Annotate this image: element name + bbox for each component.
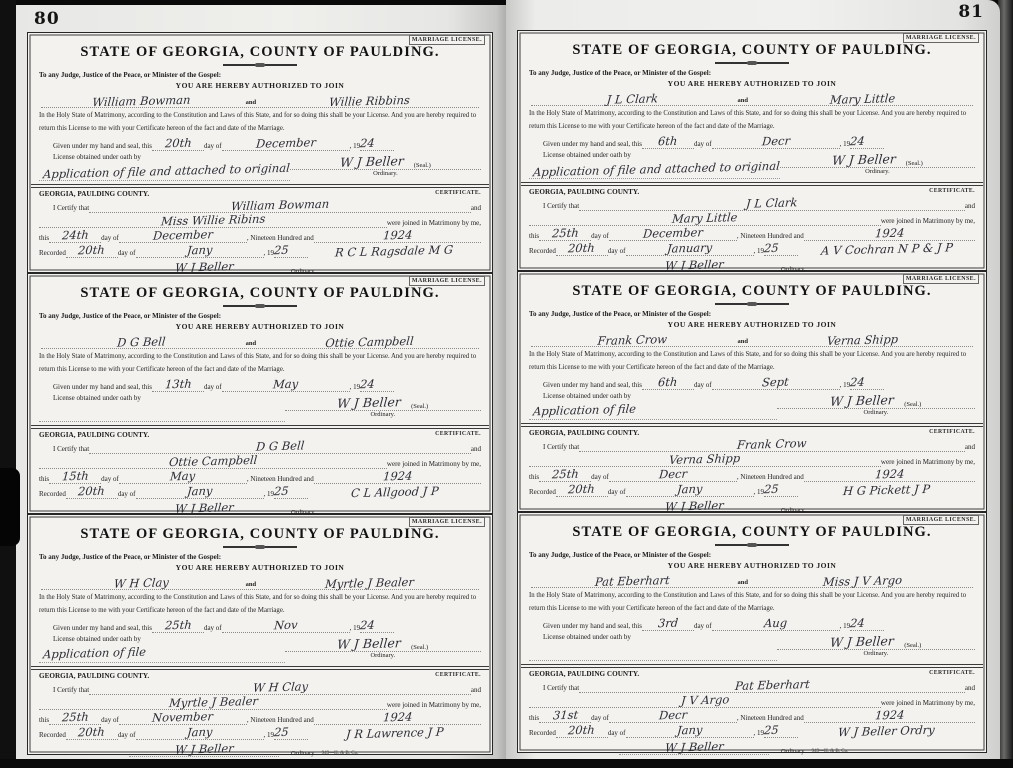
given-day: 6th: [642, 377, 694, 390]
given-month-value: May: [273, 379, 299, 391]
scanner-edge-right: [998, 0, 1013, 768]
ordinary-signature-column: W J Beller (Seal.) Ordinary.: [285, 635, 481, 663]
day-of-label: day of: [694, 140, 712, 149]
oath-label: License obtained under oath by: [53, 153, 290, 161]
this-label: this: [529, 473, 539, 482]
married-day-value: 25th: [551, 469, 579, 481]
certificate-ordinary-label: Ordinary.: [769, 748, 812, 755]
certify-groom-value: D G Bell: [255, 440, 304, 453]
given-month-value: Sept: [762, 377, 790, 389]
married-day-value: 15th: [61, 471, 89, 483]
certify-groom-value: W H Clay: [252, 681, 308, 694]
title-divider: [223, 64, 297, 68]
bride-name: Mary Little: [752, 91, 974, 108]
ordinary-signature-column: W J Beller (Seal.) Ordinary.: [777, 392, 975, 420]
given-month: Aug: [712, 618, 840, 631]
married-month-value: November: [152, 711, 214, 724]
authorize-line: YOU ARE HEREBY AUTHORIZED TO JOIN: [529, 561, 975, 570]
married-month-value: Decr: [658, 710, 687, 722]
marriage-license-label: MARRIAGE LICENSE.: [903, 33, 979, 43]
certify-bride-slot: Mary Little: [529, 213, 881, 226]
day-of-label: day of: [204, 142, 222, 151]
given-line: Given under my hand and seal, this 3rd d…: [543, 618, 975, 631]
seal-label: (Seal.): [404, 162, 431, 169]
certify-and-label: and: [471, 686, 481, 695]
certify-prefix: I Certify that: [543, 202, 579, 211]
certificate-divider: [521, 423, 983, 427]
scanner-edge-left: [0, 0, 16, 768]
ordinary-signature-column: W J Beller (Seal.) Ordinary.: [780, 151, 975, 179]
names-line: Pat Eberhart and Miss J V Argo: [531, 570, 973, 588]
title-divider: [715, 544, 789, 548]
certificate-divider: [521, 664, 983, 668]
recorded-year: 25: [764, 243, 798, 256]
ordinary-signature: W J Beller: [337, 637, 402, 651]
recorded-year: 25: [764, 484, 798, 497]
certify-bride-slot: J V Argo: [529, 695, 881, 708]
married-day-of-label: day of: [101, 234, 119, 243]
given-day: 6th: [642, 136, 694, 149]
given-month-value: Decr: [761, 136, 790, 148]
oath-column: License obtained under oath by Applicati…: [39, 153, 290, 181]
title-divider: [715, 303, 789, 307]
married-month-value: December: [642, 227, 703, 240]
salutation-line: To any Judge, Justice of the Peace, or M…: [529, 551, 975, 559]
groom-name: William Bowman: [41, 93, 242, 110]
marriage-license-label: MARRIAGE LICENSE.: [409, 517, 485, 527]
certify-groom-slot: D G Bell: [89, 441, 471, 454]
certify-prefix: I Certify that: [53, 204, 89, 213]
recorded-year-value: 25: [274, 727, 290, 739]
ordinary-label: Ordinary.: [285, 652, 481, 659]
given-month-value: Aug: [764, 618, 788, 630]
and-label: and: [242, 99, 260, 107]
married-month: December: [119, 230, 247, 243]
joined-label: were joined in Matrimony by me,: [881, 458, 975, 467]
certificate-ordinary-row: W J Beller Ordinary. 949—H. & B. Co.: [39, 740, 481, 757]
certify-bride-line: Miss Willie Ribins were joined in Matrim…: [39, 213, 481, 228]
title-divider: [715, 62, 789, 66]
recorded-year: 25: [274, 727, 308, 740]
recorded-day: 20th: [66, 245, 118, 258]
given-day: 3rd: [642, 618, 694, 631]
marriage-date-line: this 24th day of December , Nineteen Hun…: [39, 228, 481, 243]
given-day-value: 6th: [658, 136, 678, 148]
printer-mark: 949—H. & B. Co.: [322, 751, 359, 757]
certify-groom-value: Frank Crow: [737, 438, 807, 451]
married-day: 24th: [49, 230, 101, 243]
recorded-day-of-label: day of: [608, 488, 626, 497]
certificate-divider: [31, 425, 489, 429]
and-label: and: [734, 97, 752, 105]
given-line: Given under my hand and seal, this 6th d…: [543, 377, 975, 390]
salutation-line: To any Judge, Justice of the Peace, or M…: [39, 553, 481, 561]
groom-name: J L Clark: [531, 91, 734, 108]
certify-bride-line: Myrtle J Bealer were joined in Matrimony…: [39, 695, 481, 710]
recorded-label: Recorded: [39, 731, 66, 740]
given-month: Sept: [712, 377, 840, 390]
and-label: and: [242, 581, 260, 589]
authorize-line: YOU ARE HEREBY AUTHORIZED TO JOIN: [39, 322, 481, 331]
recorded-line: Recorded 20th day of Jany , 19 25 H G Pi…: [529, 482, 975, 497]
married-day-value: 25th: [551, 228, 579, 240]
title-divider: [223, 305, 297, 309]
oath-signature-row: License obtained under oath by Applicati…: [529, 392, 975, 420]
certificate-heading-row: GEORGIA, PAULDING COUNTY. CERTIFICATE.: [39, 672, 481, 680]
recorded-label: Recorded: [529, 488, 556, 497]
joined-label: were joined in Matrimony by me,: [387, 701, 481, 710]
oath-value: Application of file and attached to orig…: [533, 160, 781, 178]
given-year: 24: [360, 138, 394, 151]
groom-name: Pat Eberhart: [531, 573, 734, 590]
recorded-year-prefix: , 19: [264, 490, 275, 499]
married-month: May: [119, 471, 247, 484]
authorize-line: YOU ARE HEREBY AUTHORIZED TO JOIN: [529, 320, 975, 329]
salutation-line: To any Judge, Justice of the Peace, or M…: [39, 71, 481, 79]
ordinary-label: Ordinary.: [290, 170, 481, 177]
county-heading: GEORGIA, PAULDING COUNTY.: [529, 429, 639, 437]
married-day: 25th: [49, 712, 101, 725]
ordinary-signature-column: W J Beller (Seal.) Ordinary.: [285, 394, 481, 422]
oath-column: License obtained under oath by Applicati…: [529, 392, 777, 420]
married-day-of-label: day of: [101, 475, 119, 484]
married-year-value: 1924: [874, 710, 904, 722]
recorded-line: Recorded 20th day of January , 19 25 A V…: [529, 241, 975, 256]
recorded-day-value: 20th: [78, 727, 106, 739]
given-prefix: Given under my hand and seal, this: [53, 142, 152, 151]
county-heading: GEORGIA, PAULDING COUNTY.: [529, 188, 639, 196]
given-line: Given under my hand and seal, this 6th d…: [543, 136, 975, 149]
oath-column: License obtained under oath by: [39, 394, 285, 422]
oath-text: Application of file: [39, 644, 285, 663]
certify-and-label: and: [965, 443, 975, 452]
given-day-value: 3rd: [657, 618, 678, 630]
form-title: STATE OF GEORGIA, COUNTY OF PAULDING.: [529, 283, 975, 300]
recorded-day-of-label: day of: [608, 729, 626, 738]
certify-groom-value: William Bowman: [231, 199, 330, 213]
certify-bride-line: Ottie Campbell were joined in Matrimony …: [39, 454, 481, 469]
given-month-value: December: [255, 137, 316, 150]
oath-value: Application of file: [43, 646, 147, 660]
recorded-year-value: 25: [764, 484, 780, 496]
recorded-year: 25: [764, 725, 798, 738]
married-month: December: [609, 228, 737, 241]
day-of-label: day of: [694, 381, 712, 390]
recorded-line: Recorded 20th day of Jany , 19 25 W J Be…: [529, 723, 975, 738]
this-label: this: [39, 475, 49, 484]
recorded-year-value: 25: [764, 725, 780, 737]
given-prefix: Given under my hand and seal, this: [53, 624, 152, 633]
certificate-ordinary-row: W J Beller Ordinary. 949—H. & B. Co.: [529, 738, 975, 755]
married-year: 1924: [314, 712, 481, 725]
ordinary-signature-line: W J Beller (Seal.): [285, 635, 481, 652]
certify-bride-slot: Ottie Campbell: [39, 456, 387, 469]
officiant-signature-slot: W J Beller Ordry: [798, 726, 975, 738]
page-right: 81 MARRIAGE LICENSE. STATE OF GEORGIA, C…: [506, 0, 1000, 763]
groom-name: W H Clay: [41, 575, 242, 592]
marriage-license-form: MARRIAGE LICENSE. STATE OF GEORGIA, COUN…: [27, 514, 493, 755]
binding-clip: [0, 468, 20, 546]
married-year-value: 1924: [382, 712, 412, 724]
oath-column: License obtained under oath by Applicati…: [39, 635, 285, 663]
oath-label: License obtained under oath by: [543, 392, 777, 400]
given-year-value: 24: [850, 136, 866, 148]
joined-label: were joined in Matrimony by me,: [387, 460, 481, 469]
certify-groom-line: I Certify that W H Clay and: [39, 680, 481, 695]
certificate-label: CERTIFICATE.: [435, 672, 481, 678]
recorded-year-prefix: , 19: [264, 731, 275, 740]
married-year-value: 1924: [874, 228, 904, 240]
married-day-of-label: day of: [591, 714, 609, 723]
oath-signature-row: License obtained under oath by W J Belle…: [529, 633, 975, 661]
married-year: 1924: [314, 471, 481, 484]
printer-mark: 949—H. & B. Co.: [812, 749, 849, 755]
certificate-label: CERTIFICATE.: [929, 429, 975, 435]
given-year: 24: [850, 136, 884, 149]
given-year-value: 24: [850, 618, 866, 630]
married-day-of-label: day of: [101, 716, 119, 725]
county-heading: GEORGIA, PAULDING COUNTY.: [39, 672, 149, 680]
recorded-label: Recorded: [39, 249, 66, 258]
recorded-label: Recorded: [529, 247, 556, 256]
recorded-year: 25: [274, 245, 308, 258]
marriage-license-label: MARRIAGE LICENSE.: [903, 515, 979, 525]
given-year: 24: [850, 377, 884, 390]
form-title: STATE OF GEORGIA, COUNTY OF PAULDING.: [39, 526, 481, 543]
married-year-value: 1924: [874, 469, 904, 481]
certify-and-label: and: [471, 204, 481, 213]
scanned-book-spread: 80 MARRIAGE LICENSE. STATE OF GEORGIA, C…: [0, 0, 1013, 768]
certificate-ordinary-signature: W J Beller: [664, 741, 724, 754]
recorded-month: Jany: [626, 484, 754, 497]
certificate-heading-row: GEORGIA, PAULDING COUNTY. CERTIFICATE.: [529, 429, 975, 437]
officiant-signature-slot: J R Lawrence J P: [308, 728, 481, 740]
marriage-license-label: MARRIAGE LICENSE.: [409, 276, 485, 286]
marriage-date-line: this 15th day of May , Nineteen Hundred …: [39, 469, 481, 484]
page-number-right: 81: [958, 2, 984, 22]
bride-name: Myrtle J Bealer: [260, 575, 480, 592]
certificate-divider: [31, 666, 489, 670]
form-title: STATE OF GEORGIA, COUNTY OF PAULDING.: [39, 44, 481, 61]
groom-name: D G Bell: [41, 334, 242, 351]
given-day-value: 13th: [164, 379, 192, 391]
recorded-month: Jany: [136, 727, 264, 740]
certify-bride-slot: Myrtle J Bealer: [39, 697, 387, 710]
certify-bride-line: J V Argo were joined in Matrimony by me,: [529, 693, 975, 708]
marriage-license-form: MARRIAGE LICENSE. STATE OF GEORGIA, COUN…: [517, 271, 987, 512]
oath-text: Application of file and attached to orig…: [529, 160, 780, 179]
recorded-day: 20th: [556, 725, 608, 738]
certificate-ordinary-signature-slot: W J Beller: [129, 744, 279, 757]
married-day-value: 24th: [61, 230, 89, 242]
given-month: Nov: [222, 620, 350, 633]
recorded-year-value: 25: [274, 245, 290, 257]
given-day: 20th: [152, 138, 204, 151]
married-day: 15th: [49, 471, 101, 484]
married-day: 25th: [539, 469, 591, 482]
oath-value: Application of file: [533, 403, 637, 417]
certify-bride-slot: Miss Willie Ribins: [39, 215, 387, 228]
recorded-day: 20th: [556, 484, 608, 497]
certify-bride-value: J V Argo: [680, 694, 729, 707]
certify-bride-line: Mary Little were joined in Matrimony by …: [529, 211, 975, 226]
ordinary-signature-line: W J Beller (Seal.): [777, 392, 975, 409]
recorded-month-value: January: [667, 243, 713, 256]
certificate-heading-row: GEORGIA, PAULDING COUNTY. CERTIFICATE.: [39, 431, 481, 439]
recorded-label: Recorded: [39, 490, 66, 499]
oath-signature-row: License obtained under oath by W J Belle…: [39, 394, 481, 422]
given-line: Given under my hand and seal, this 20th …: [53, 138, 481, 151]
given-prefix: Given under my hand and seal, this: [543, 622, 642, 631]
ordinary-signature-line: W J Beller (Seal.): [290, 153, 481, 170]
ordinary-signature: W J Beller: [830, 635, 895, 649]
married-year: 1924: [804, 469, 975, 482]
recorded-day-value: 20th: [568, 484, 596, 496]
authorize-line: YOU ARE HEREBY AUTHORIZED TO JOIN: [39, 81, 481, 90]
certify-bride-value: Mary Little: [672, 212, 738, 225]
oath-label: License obtained under oath by: [53, 635, 285, 643]
bride-name: Verna Shipp: [752, 332, 974, 349]
recorded-day-of-label: day of: [118, 490, 136, 499]
recorded-line: Recorded 20th day of Jany , 19 25 C L Al…: [39, 484, 481, 499]
title-divider: [223, 546, 297, 550]
certify-bride-value: Myrtle J Bealer: [168, 696, 258, 710]
certify-groom-line: I Certify that J L Clark and: [529, 196, 975, 211]
given-year: 24: [360, 379, 394, 392]
authorize-line: YOU ARE HEREBY AUTHORIZED TO JOIN: [39, 563, 481, 572]
ordinary-signature-column: W J Beller (Seal.) Ordinary.: [777, 633, 975, 661]
ordinary-signature: W J Beller: [831, 153, 896, 167]
oath-signature-row: License obtained under oath by Applicati…: [39, 635, 481, 663]
certify-groom-line: I Certify that William Bowman and: [39, 198, 481, 213]
officiant-signature: A V Cochran N P & J P: [820, 242, 953, 257]
names-line: J L Clark and Mary Little: [531, 88, 973, 106]
recorded-month-value: Jany: [676, 725, 702, 737]
ordinary-signature: W J Beller: [337, 396, 402, 410]
seal-label: (Seal.): [894, 642, 921, 649]
officiant-signature: W J Beller Ordry: [838, 725, 935, 739]
salutation-line: To any Judge, Justice of the Peace, or M…: [529, 310, 975, 318]
certify-groom-line: I Certify that D G Bell and: [39, 439, 481, 454]
certificate-divider: [31, 184, 489, 188]
oath-signature-row: License obtained under oath by Applicati…: [529, 151, 975, 179]
nineteen-hundred-label: , Nineteen Hundred and: [247, 475, 314, 484]
names-line: D G Bell and Ottie Campbell: [41, 331, 479, 349]
this-label: this: [39, 234, 49, 243]
given-year-value: 24: [360, 138, 376, 150]
oath-signature-row: License obtained under oath by Applicati…: [39, 153, 481, 181]
this-label: this: [529, 232, 539, 241]
given-year-value: 24: [360, 379, 376, 391]
recorded-year-prefix: , 19: [754, 488, 765, 497]
certify-bride-line: Verna Shipp were joined in Matrimony by …: [529, 452, 975, 467]
salutation-line: To any Judge, Justice of the Peace, or M…: [39, 312, 481, 320]
given-month-value: Nov: [273, 620, 297, 632]
recorded-month: January: [626, 243, 754, 256]
day-of-label: day of: [694, 622, 712, 631]
oath-label: License obtained under oath by: [543, 151, 780, 159]
recorded-day-value: 20th: [78, 245, 106, 257]
married-year: 1924: [804, 228, 975, 241]
recorded-year-prefix: , 19: [754, 729, 765, 738]
joined-label: were joined in Matrimony by me,: [881, 217, 975, 226]
certify-groom-value: J L Clark: [746, 197, 798, 210]
officiant-signature-slot: R C L Ragsdale M G: [308, 246, 481, 258]
married-day-value: 25th: [61, 712, 89, 724]
and-label: and: [734, 579, 752, 587]
certify-and-label: and: [965, 684, 975, 693]
marriage-date-line: this 25th day of November , Nineteen Hun…: [39, 710, 481, 725]
officiant-signature-slot: A V Cochran N P & J P: [798, 244, 975, 256]
given-year: 24: [850, 618, 884, 631]
form-title: STATE OF GEORGIA, COUNTY OF PAULDING.: [529, 524, 975, 541]
given-year-value: 24: [360, 620, 376, 632]
county-heading: GEORGIA, PAULDING COUNTY.: [39, 190, 149, 198]
marriage-license-form: MARRIAGE LICENSE. STATE OF GEORGIA, COUN…: [517, 30, 987, 271]
officiant-signature: R C L Ragsdale M G: [335, 245, 454, 260]
bride-name: Miss J V Argo: [752, 573, 974, 590]
ordinary-signature-line: W J Beller (Seal.): [780, 151, 975, 168]
given-month: May: [222, 379, 350, 392]
recorded-year-prefix: , 19: [264, 249, 275, 258]
given-day-value: 25th: [164, 620, 192, 632]
oath-label: License obtained under oath by: [53, 394, 285, 402]
marriage-date-line: this 31st day of Decr , Nineteen Hundred…: [529, 708, 975, 723]
married-month-value: December: [152, 229, 213, 242]
certificate-divider: [521, 182, 983, 186]
oath-text: Application of file: [529, 401, 777, 420]
joined-label: were joined in Matrimony by me,: [387, 219, 481, 228]
salutation-line: To any Judge, Justice of the Peace, or M…: [529, 69, 975, 77]
given-prefix: Given under my hand and seal, this: [53, 383, 152, 392]
given-prefix: Given under my hand and seal, this: [543, 140, 642, 149]
given-day-value: 20th: [164, 138, 192, 150]
certificate-label: CERTIFICATE.: [435, 431, 481, 437]
given-day-value: 6th: [658, 377, 678, 389]
license-body-text: In the Holy State of Matrimony, accordin…: [529, 349, 975, 374]
ordinary-label: Ordinary.: [777, 409, 975, 416]
day-of-label: day of: [204, 383, 222, 392]
oath-text: Application of file and attached to orig…: [39, 162, 290, 181]
certify-bride-value: Verna Shipp: [669, 453, 741, 466]
marriage-date-line: this 25th day of December , Nineteen Hun…: [529, 226, 975, 241]
recorded-day: 20th: [66, 727, 118, 740]
certify-groom-slot: Pat Eberhart: [579, 680, 965, 693]
recorded-label: Recorded: [529, 729, 556, 738]
marriage-license-form: MARRIAGE LICENSE. STATE OF GEORGIA, COUN…: [27, 273, 493, 514]
seal-label: (Seal.): [894, 401, 921, 408]
ordinary-signature-line: W J Beller (Seal.): [285, 394, 481, 411]
officiant-signature: J R Lawrence J P: [345, 727, 443, 741]
given-year: 24: [360, 620, 394, 633]
certificate-heading-row: GEORGIA, PAULDING COUNTY. CERTIFICATE.: [529, 670, 975, 678]
marriage-license-label: MARRIAGE LICENSE.: [903, 274, 979, 284]
given-prefix: Given under my hand and seal, this: [543, 381, 642, 390]
recorded-year-value: 25: [274, 486, 290, 498]
recorded-line: Recorded 20th day of Jany , 19 25 R C L …: [39, 243, 481, 258]
married-day-of-label: day of: [591, 473, 609, 482]
oath-value: Application of file and attached to orig…: [43, 162, 291, 180]
married-month: Decr: [609, 710, 737, 723]
license-body-text: In the Holy State of Matrimony, accordin…: [529, 108, 975, 133]
ordinary-label: Ordinary.: [777, 650, 975, 657]
oath-column: License obtained under oath by: [529, 633, 777, 661]
officiant-signature: H G Pickett J P: [843, 484, 931, 498]
recorded-day-of-label: day of: [608, 247, 626, 256]
married-month-value: May: [170, 471, 196, 483]
given-year-value: 24: [850, 377, 866, 389]
oath-column: License obtained under oath by Applicati…: [529, 151, 780, 179]
